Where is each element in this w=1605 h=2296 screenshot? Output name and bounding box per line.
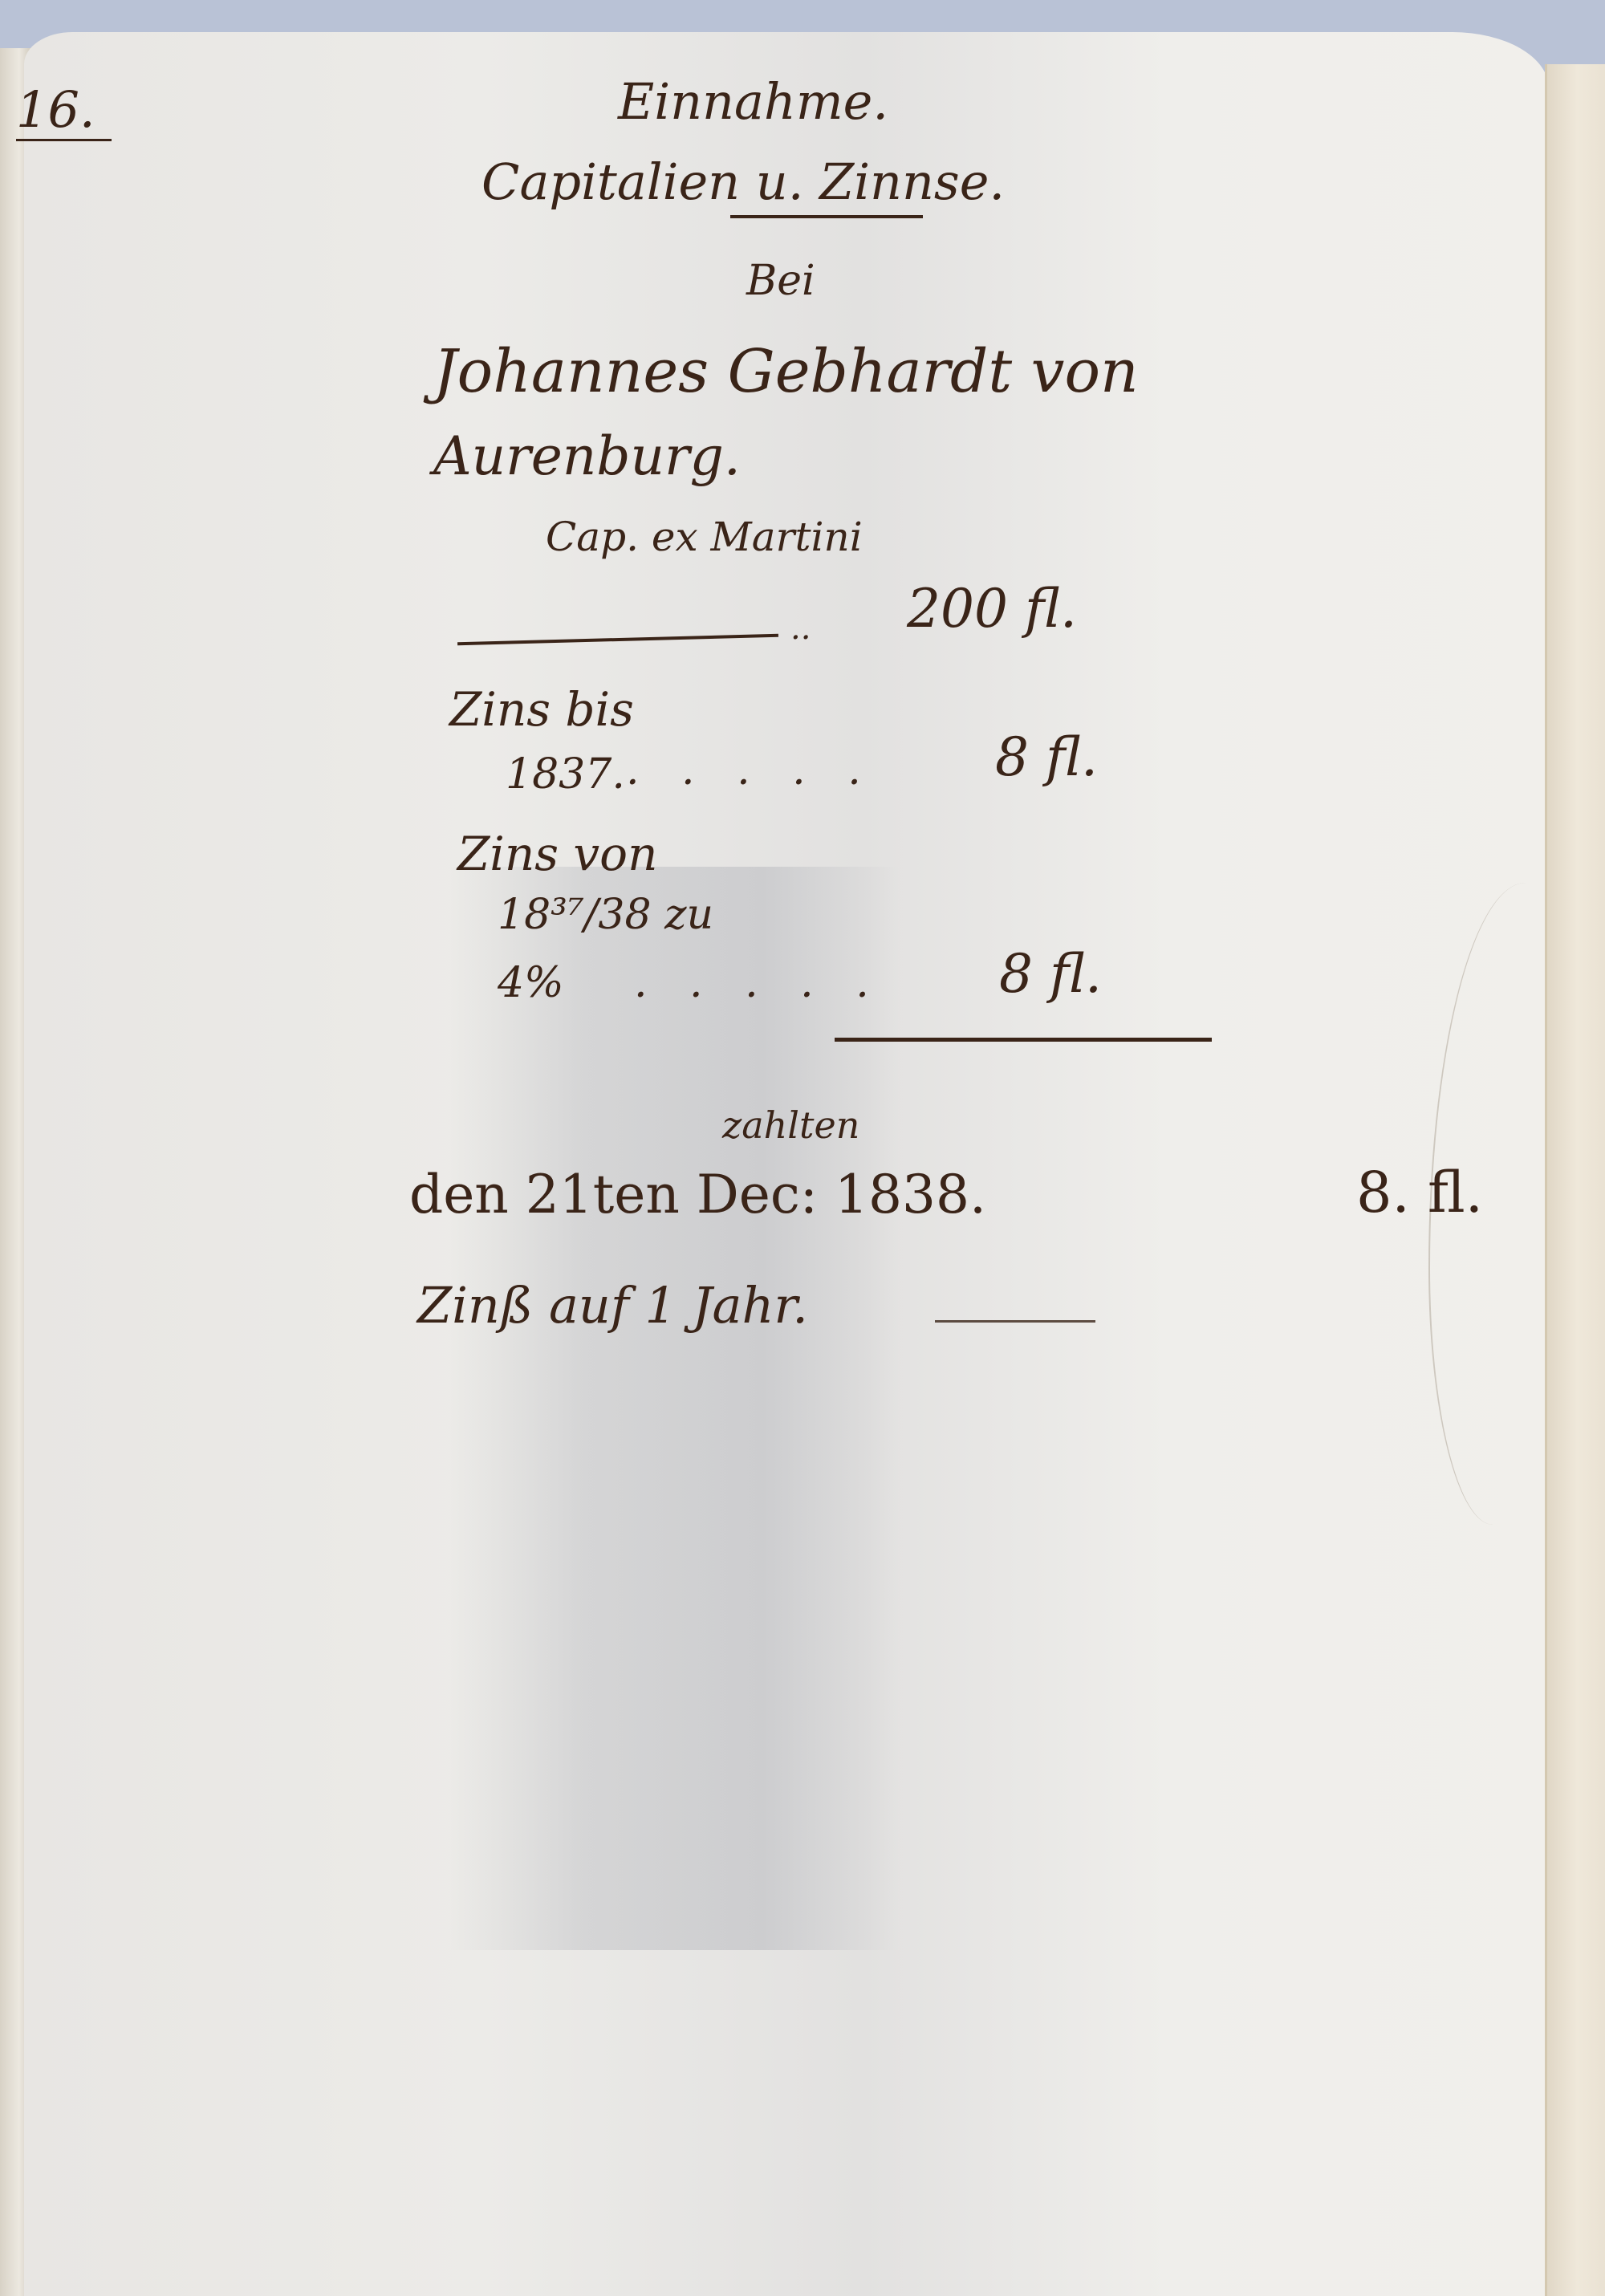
heading-underline	[730, 215, 923, 218]
entry-1-year: 1837.	[506, 750, 625, 799]
debtor-name: Johannes Gebhardt von	[433, 337, 1139, 406]
payment-amount: 8. fl.	[1356, 1160, 1483, 1225]
entry-2-label: Zins von	[457, 827, 657, 881]
entry-2-amount: 8 fl.	[999, 943, 1102, 1005]
debtor-place: Aurenburg.	[433, 425, 741, 487]
payment-description: Zinß auf 1 Jahr.	[417, 1276, 808, 1335]
entry-2-leader: . . . . .	[634, 959, 884, 1007]
folio-number: 16.	[16, 80, 112, 141]
payment-dash	[935, 1320, 1095, 1323]
entry-2-period: 18³⁷/38 zu	[498, 891, 713, 939]
page-title: Einnahme.	[618, 72, 888, 131]
entry-1-leader: . . . . .	[626, 746, 876, 794]
debtor-preposition: Bei	[746, 257, 815, 305]
entry-2-rate: 4%	[498, 959, 564, 1007]
capital-separator: ..	[790, 610, 811, 647]
payment-superscript: zahlten	[722, 1103, 859, 1147]
payment-date: den 21ten Dec: 1838.	[409, 1164, 986, 1225]
total-rule	[835, 1038, 1212, 1042]
capital-amount: 200 fl.	[907, 578, 1077, 640]
photo-shadow	[449, 867, 899, 1950]
capital-label: Cap. ex Martini	[546, 514, 863, 560]
page-subtitle: Capitalien u. Zinnse.	[481, 152, 1005, 211]
entry-1-amount: 8 fl.	[995, 726, 1098, 788]
entry-1-label: Zins bis	[449, 682, 634, 737]
